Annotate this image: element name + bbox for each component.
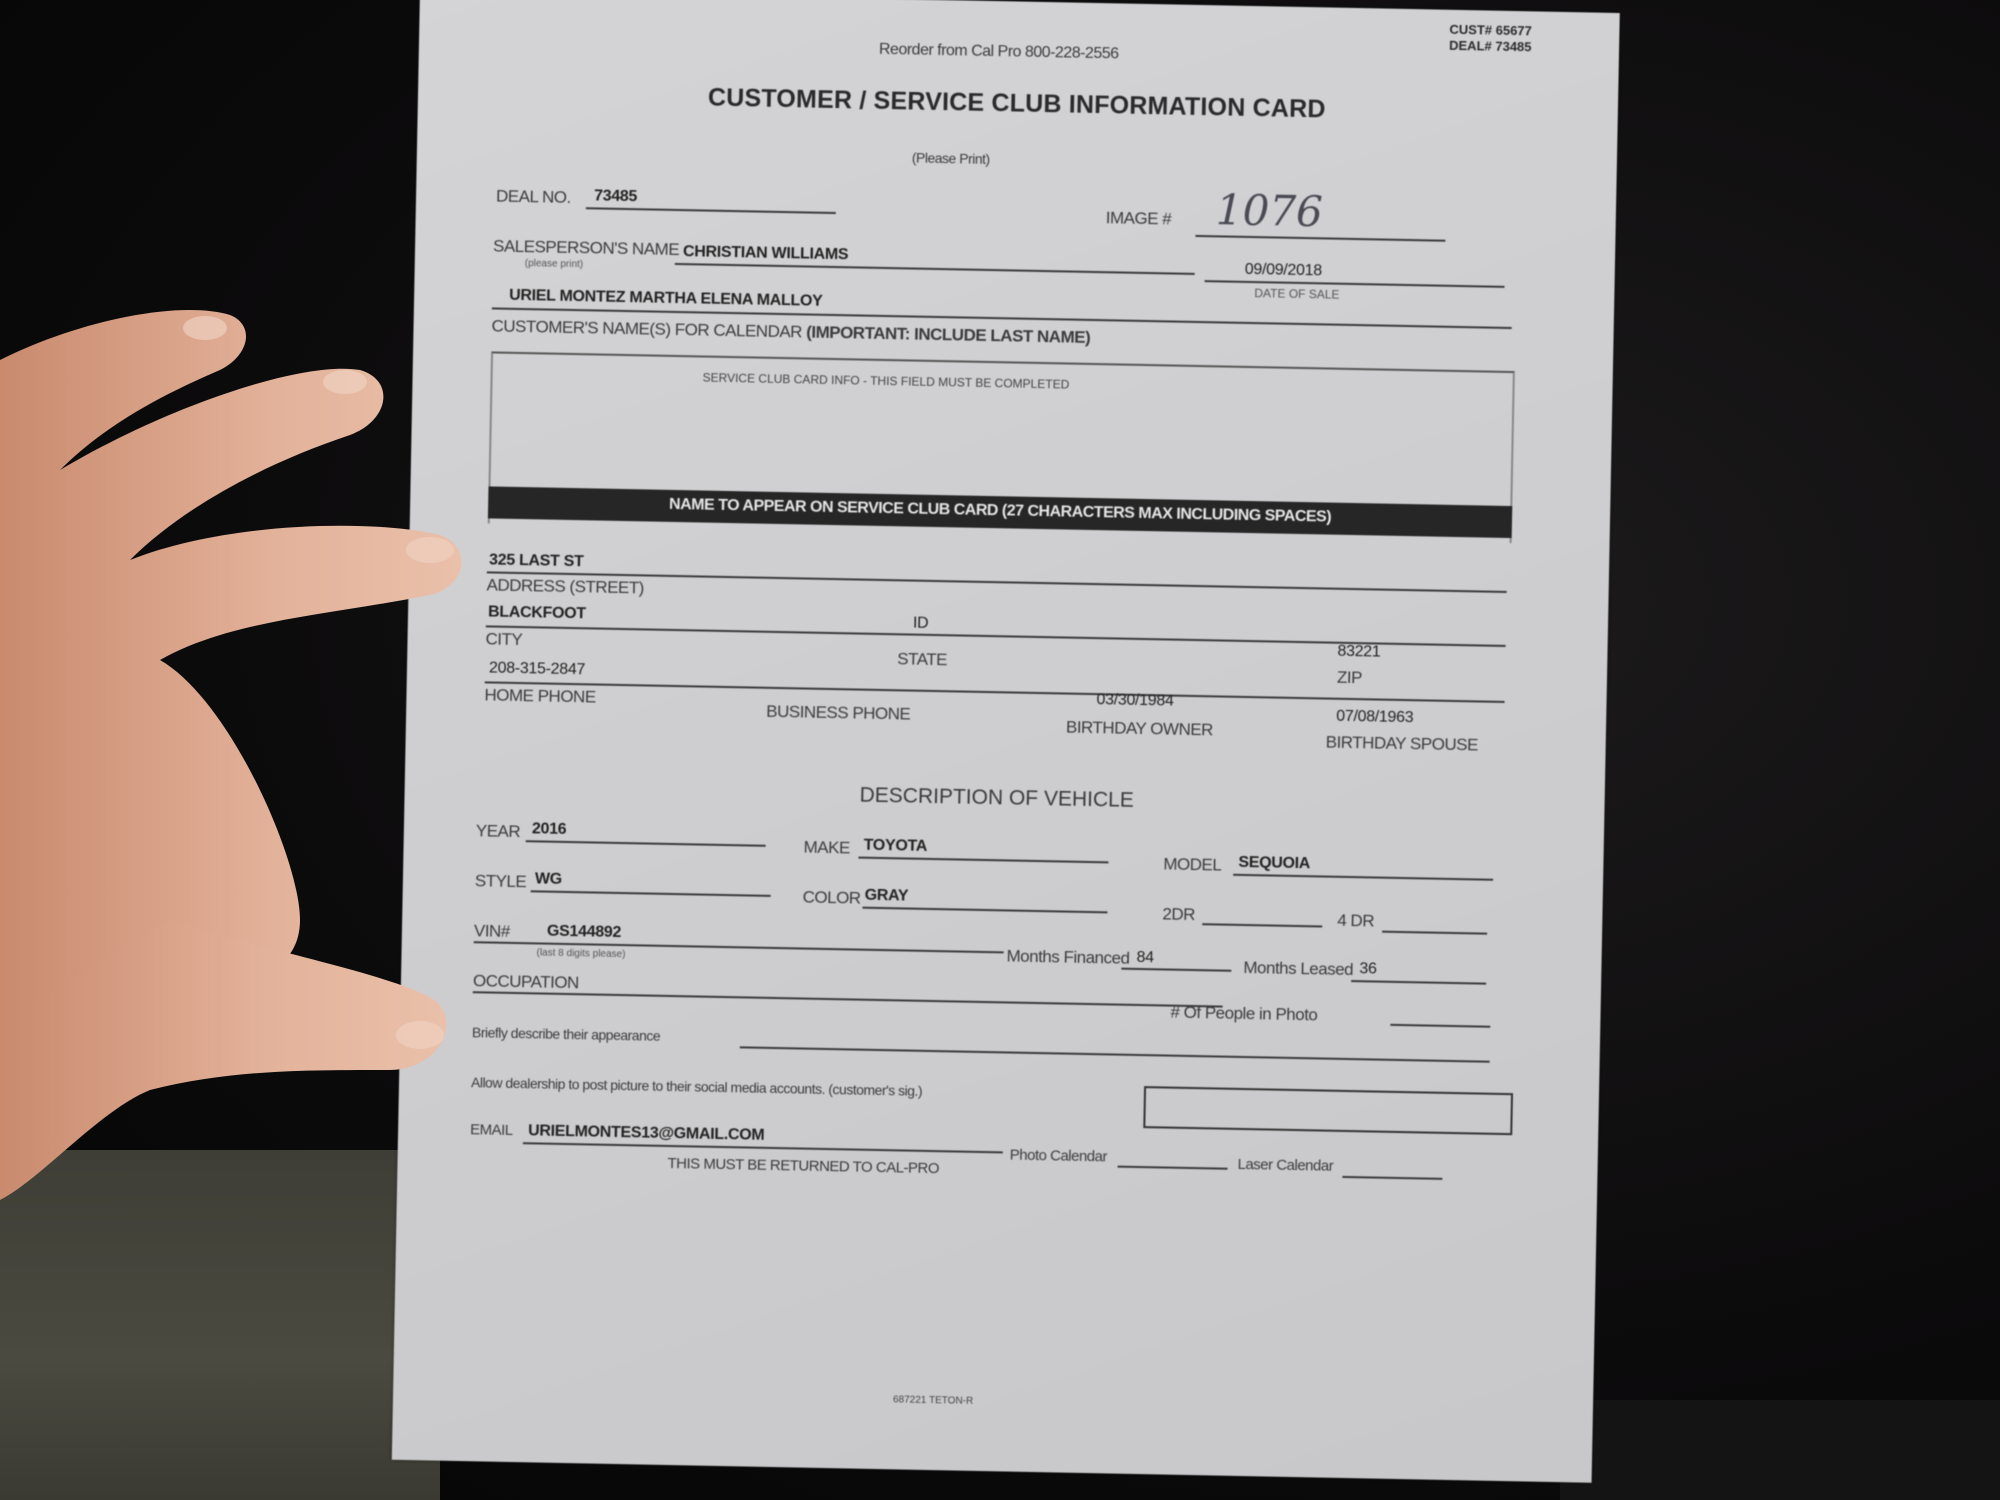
model-field[interactable]: SEQUOIA (1238, 854, 1310, 873)
information-card: CUST# 65677 DEAL# 73485 Reorder from Cal… (392, 0, 1620, 1483)
birthday-spouse-label: BIRTHDAY SPOUSE (1326, 733, 1479, 756)
photo-calendar-label: Photo Calendar (1010, 1147, 1108, 1166)
salesperson-field[interactable]: CHRISTIAN WILLIAMS (683, 243, 849, 264)
birthday-owner-label: BIRTHDAY OWNER (1066, 718, 1213, 741)
hand-image (0, 300, 470, 1280)
months-leased-label: Months Leased (1243, 958, 1353, 980)
date-of-sale-label: DATE OF SALE (1254, 286, 1339, 302)
email-field[interactable]: URIELMONTES13@GMAIL.COM (528, 1122, 765, 1145)
city-label: CITY (485, 629, 522, 650)
street-field[interactable]: 325 LAST ST (489, 551, 584, 571)
occupation-field[interactable] (473, 991, 1223, 1007)
laser-calendar-field[interactable] (1342, 1176, 1442, 1180)
deal-number-corner: DEAL# 73485 (1449, 38, 1532, 56)
salesperson-line (675, 263, 1195, 275)
people-count-field[interactable] (1390, 1024, 1490, 1028)
photo-calendar-field[interactable] (1118, 1166, 1228, 1170)
four-door-label: 4 DR (1337, 911, 1374, 932)
two-door-field[interactable] (1202, 923, 1322, 927)
customer-names-label-important: (IMPORTANT: INCLUDE LAST NAME) (806, 322, 1090, 346)
image-no-label: IMAGE # (1106, 208, 1172, 229)
image-no-field[interactable]: 1076 (1215, 185, 1323, 236)
email-label: EMAIL (470, 1121, 513, 1139)
make-field[interactable]: TOYOTA (863, 837, 927, 856)
reorder-text: Reorder from Cal Pro 800-228-2556 (879, 41, 1119, 64)
style-field[interactable]: WG (535, 870, 562, 889)
deal-no-field[interactable]: 73485 (594, 187, 637, 206)
make-line (858, 857, 1108, 864)
customer-names-label-text: CUSTOMER'S NAME(S) FOR CALENDAR (491, 316, 802, 341)
style-label: STYLE (475, 871, 527, 892)
state-label: STATE (897, 649, 947, 670)
vin-field[interactable]: GS144892 (547, 923, 621, 942)
customer-names-label: CUSTOMER'S NAME(S) FOR CALENDAR (IMPORTA… (491, 316, 1090, 347)
months-financed-line (1121, 968, 1231, 972)
four-door-field[interactable] (1382, 931, 1487, 935)
laser-calendar-label: Laser Calendar (1237, 1156, 1333, 1175)
model-label: MODEL (1163, 854, 1221, 875)
social-consent-signature-box[interactable] (1143, 1086, 1513, 1135)
vin-sub: (last 8 digits please) (536, 947, 625, 960)
corner-ids: CUST# 65677 DEAL# 73485 (1449, 22, 1532, 56)
color-label: COLOR (802, 888, 860, 909)
appearance-field[interactable] (740, 1046, 1490, 1062)
year-field[interactable]: 2016 (532, 820, 567, 839)
months-financed-field[interactable]: 84 (1136, 949, 1154, 967)
floor-background-right (1560, 1400, 2000, 1500)
birthday-spouse-field[interactable]: 07/08/1963 (1336, 708, 1413, 727)
months-leased-field[interactable]: 36 (1359, 960, 1377, 978)
occupation-label: OCCUPATION (473, 971, 579, 993)
people-count-label: # Of People in Photo (1170, 1003, 1317, 1026)
year-line (526, 840, 766, 847)
appearance-label: Briefly describe their appearance (472, 1024, 660, 1044)
two-door-label: 2DR (1162, 904, 1195, 925)
make-label: MAKE (803, 838, 850, 859)
customer-names-field[interactable]: URIEL MONTEZ MARTHA ELENA MALLOY (509, 287, 823, 311)
vin-label: VIN# (474, 921, 510, 942)
salesperson-sub: (please print) (525, 258, 584, 270)
style-line (531, 890, 771, 897)
color-field[interactable]: GRAY (865, 887, 909, 906)
cust-number: CUST# 65677 (1449, 22, 1532, 40)
months-leased-line (1351, 980, 1486, 985)
vehicle-heading: DESCRIPTION OF VEHICLE (859, 784, 1134, 813)
state-field[interactable]: ID (913, 615, 929, 633)
model-line (1233, 874, 1493, 881)
birthday-owner-field[interactable]: 03/30/1984 (1096, 691, 1173, 710)
please-print: (Please Print) (912, 149, 990, 166)
business-phone-label: BUSINESS PHONE (766, 702, 911, 725)
date-of-sale-line (1205, 280, 1505, 288)
zip-label: ZIP (1337, 668, 1362, 688)
deal-no-line (586, 207, 836, 214)
home-phone-field[interactable]: 208-315-2847 (489, 659, 585, 679)
salesperson-label: SALESPERSON'S NAME (493, 236, 679, 260)
form-title: CUSTOMER / SERVICE CLUB INFORMATION CARD (708, 84, 1326, 125)
city-field[interactable]: BLACKFOOT (488, 603, 586, 623)
color-line (862, 907, 1107, 914)
street-label: ADDRESS (STREET) (486, 575, 644, 598)
months-financed-label: Months Financed (1006, 946, 1129, 968)
year-label: YEAR (476, 821, 521, 842)
return-note: THIS MUST BE RETURNED TO CAL-PRO (667, 1155, 939, 1177)
deal-no-label: DEAL NO. (496, 186, 571, 207)
form-code: 687221 TETON-R (893, 1394, 973, 1407)
social-consent-label: Allow dealership to post picture to thei… (471, 1074, 922, 1099)
zip-field[interactable]: 83221 (1337, 643, 1380, 662)
home-phone-label: HOME PHONE (484, 685, 596, 707)
date-of-sale-field[interactable]: 09/09/2018 (1245, 261, 1322, 280)
